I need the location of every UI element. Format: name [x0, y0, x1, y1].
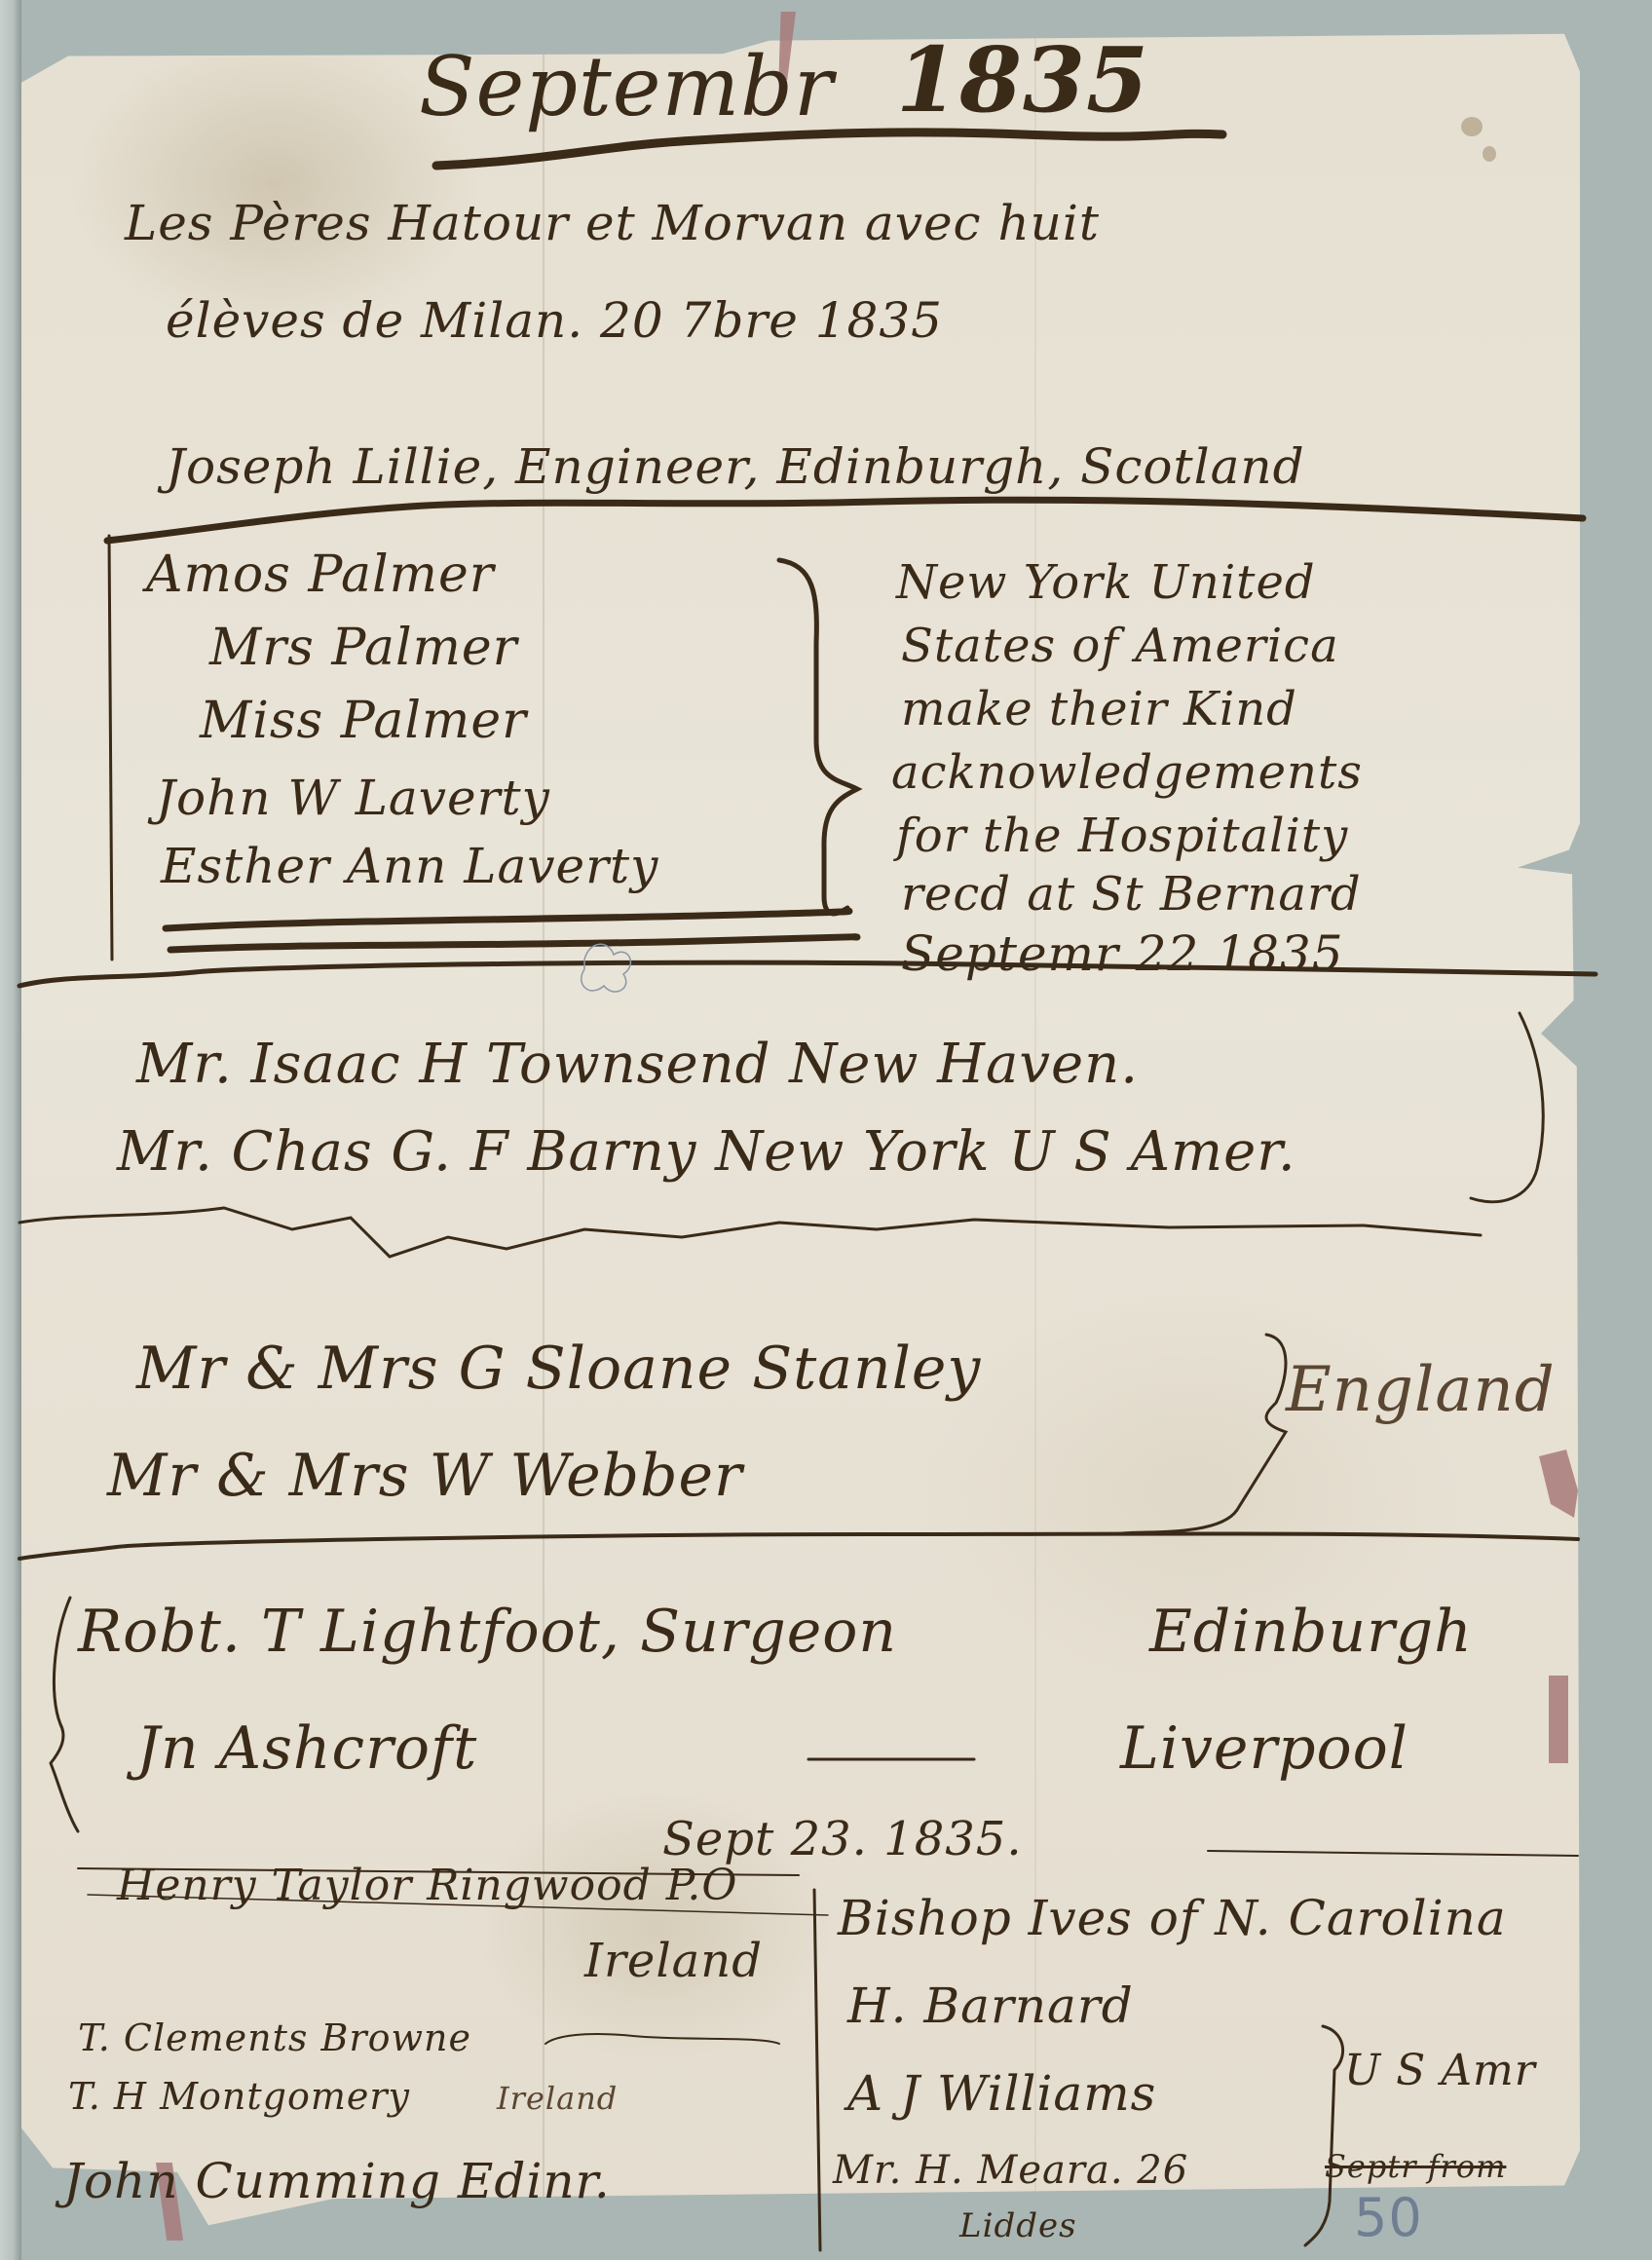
entry-3-note: States of America: [901, 619, 1339, 673]
entry-7-line: T. H Montgomery: [68, 2075, 410, 2118]
entry-3-name: Mrs Palmer: [209, 619, 518, 677]
ink-stain: [1483, 146, 1496, 162]
entry-5-place: England: [1286, 1354, 1556, 1426]
entry-8-place: U S Amr: [1344, 2046, 1536, 2095]
entry-6-place: Liverpool: [1120, 1714, 1408, 1783]
entry-3-name: Miss Palmer: [200, 692, 527, 750]
entry-3-note: acknowledgements: [891, 745, 1363, 800]
entry-3-note-date: Septemr 22 1835: [901, 925, 1344, 982]
entry-6-name: Jn Ashcroft: [136, 1714, 477, 1783]
entry-3-name: Esther Ann Laverty: [161, 838, 658, 894]
entry-3-name: John W Laverty: [156, 770, 550, 826]
entry-3-note: New York United: [896, 555, 1316, 610]
entry-1-line-1: Les Pères Hatour et Morvan avec huit: [125, 195, 1100, 251]
ink-stain: [1461, 117, 1483, 136]
page-title-month: Septembr: [419, 39, 834, 134]
entry-6-date: Sept 23. 1835.: [662, 1812, 1023, 1866]
entry-3-note: make their Kind: [901, 682, 1297, 736]
entry-7-line: T. Clements Browne: [78, 2016, 471, 2059]
page-number: 50: [1354, 2187, 1423, 2248]
entry-3-name: Amos Palmer: [146, 546, 495, 604]
entry-4-line-1: Mr. Isaac H Townsend New Haven.: [136, 1033, 1139, 1096]
entry-8-name: H. Barnard: [847, 1977, 1134, 2034]
entry-8-name: Liddes: [959, 2206, 1077, 2245]
entry-2-line: Joseph Lillie, Engineer, Edinburgh, Scot…: [166, 438, 1305, 495]
entry-5-name: Mr & Mrs W Webber: [107, 1442, 743, 1510]
entry-7-line: Henry Taylor Ringwood P.O: [117, 1861, 737, 1910]
entry-7-place: Ireland: [497, 2080, 618, 2117]
entry-8-struck-text: Septr from: [1325, 2148, 1506, 2185]
entry-7-line: John Cumming Edinr.: [63, 2153, 611, 2209]
scanner-mount-edge: [0, 0, 21, 2260]
entry-8-name: Bishop Ives of N. Carolina: [838, 1890, 1507, 1946]
entry-8-name: A J Williams: [847, 2065, 1156, 2122]
torn-pink-fragment: [1549, 1676, 1568, 1763]
entry-3-note: for the Hospitality: [896, 809, 1348, 863]
entry-1-line-2: élèves de Milan. 20 7bre 1835: [166, 292, 943, 349]
page-title-year: 1835: [896, 27, 1149, 132]
entry-4-line-2: Mr. Chas G. F Barny New York U S Amer.: [117, 1120, 1296, 1184]
entry-8-name: Mr. H. Meara. 26: [833, 2148, 1188, 2193]
entry-7-line: Ireland: [584, 1934, 763, 1988]
entry-6-name: Robt. T Lightfoot, Surgeon: [78, 1598, 897, 1666]
entry-6-place: Edinburgh: [1149, 1598, 1473, 1666]
entry-3-note: recd at St Bernard: [901, 867, 1362, 922]
entry-5-name: Mr & Mrs G Sloane Stanley: [136, 1335, 981, 1403]
